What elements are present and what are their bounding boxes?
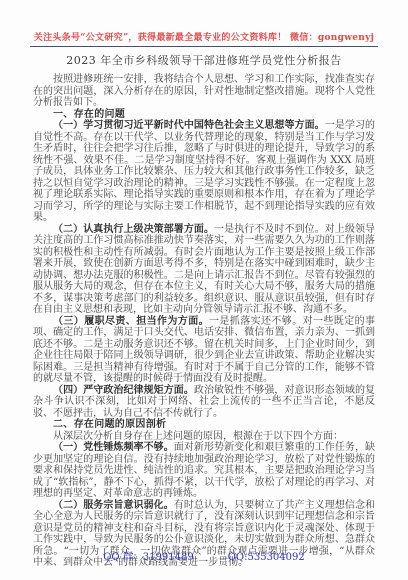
section2-item-1: （一）党性锤炼频率不够。面对新形势新变化和艰巨繁重的工作任务，缺少更加坚定的理论… (33, 442, 375, 500)
section1-item-3-lead: （三）履职尽责、担当作为方面。 (53, 316, 209, 327)
section1-item-1-lead: （一）学习贯彻习近平新时代中国特色社会主义思想等方面。 (53, 120, 325, 131)
footer-contact: QQ 群：31991489QQ:535304092 (0, 548, 408, 563)
section1-heading-text: 一、存在的问题 (53, 109, 125, 120)
section1-item-3: （三）履职尽责、担当作为方面。一是抓落实还不够。对一些既定的事项、确定的工作，满… (33, 316, 375, 385)
section2-item-1-lead: （一）党性锤炼频率不够。 (53, 442, 174, 453)
section1-item-1: （一）学习贯彻习近平新时代中国特色社会主义思想等方面。一是学习的自觉性不高。存在… (33, 120, 375, 224)
section1-item-1-body: 一是学习的自觉性不高。存在以干代学、以业务代替理论的现象，特别是当工作与学习发生… (33, 120, 375, 223)
section1-item-2-lead: （二）认真执行上级决策部署方面。 (53, 224, 214, 235)
section1-item-4-lead: （四）严守政治纪律规矩方面。 (53, 385, 194, 396)
section1-item-2-body: 一是执行不及时不到位。对上级领导关注度高的工作习惯高标准推动快节奏落实，对一些需… (33, 224, 375, 316)
qq-group-number: QQ 群：31991489 (103, 548, 193, 563)
section2-heading: 二、存在问题的原因剖析 (33, 419, 375, 431)
section1-heading: 一、存在的问题 (33, 109, 375, 121)
document-body: 按照进修班统一安排，我将结合个人思想、学习和工作实际，找准查实存在的突出问题，深… (33, 74, 375, 569)
section2-intro: 从深层次分析自身存在上述问题的原因，根源在于以下四个方面： (33, 431, 375, 443)
qq-number: QQ:535304092 (228, 552, 305, 563)
promo-header: 关注头条号“公文研究”，获得最新最全最专业的公文资料库！ 微信：gongweny… (0, 25, 408, 47)
section2-heading-text: 二、存在问题的原因剖析 (53, 419, 166, 430)
promo-header-text: 关注头条号“公文研究”，获得最新最全最专业的公文资料库！ 微信：gongweny… (30, 30, 378, 47)
intro-paragraph: 按照进修班统一安排，我将结合个人思想、学习和工作实际，找准查实存在的突出问题，深… (33, 74, 375, 109)
section1-item-2: （二）认真执行上级决策部署方面。一是执行不及时不到位。对上级领导关注度高的工作习… (33, 224, 375, 316)
section1-item-4: （四）严守政治纪律规矩方面。政治敏锐性不够强，对意识形态领域的复杂斗争认识不深刻… (33, 385, 375, 420)
document-title: 2023 年全市乡科级领导干部进修班学员党性分析报告 (0, 52, 408, 68)
document-page: 关注头条号“公文研究”，获得最新最全最专业的公文资料库！ 微信：gongweny… (0, 0, 408, 580)
section2-item-2-lead: （二）服务宗旨意识弱化。 (53, 500, 174, 511)
